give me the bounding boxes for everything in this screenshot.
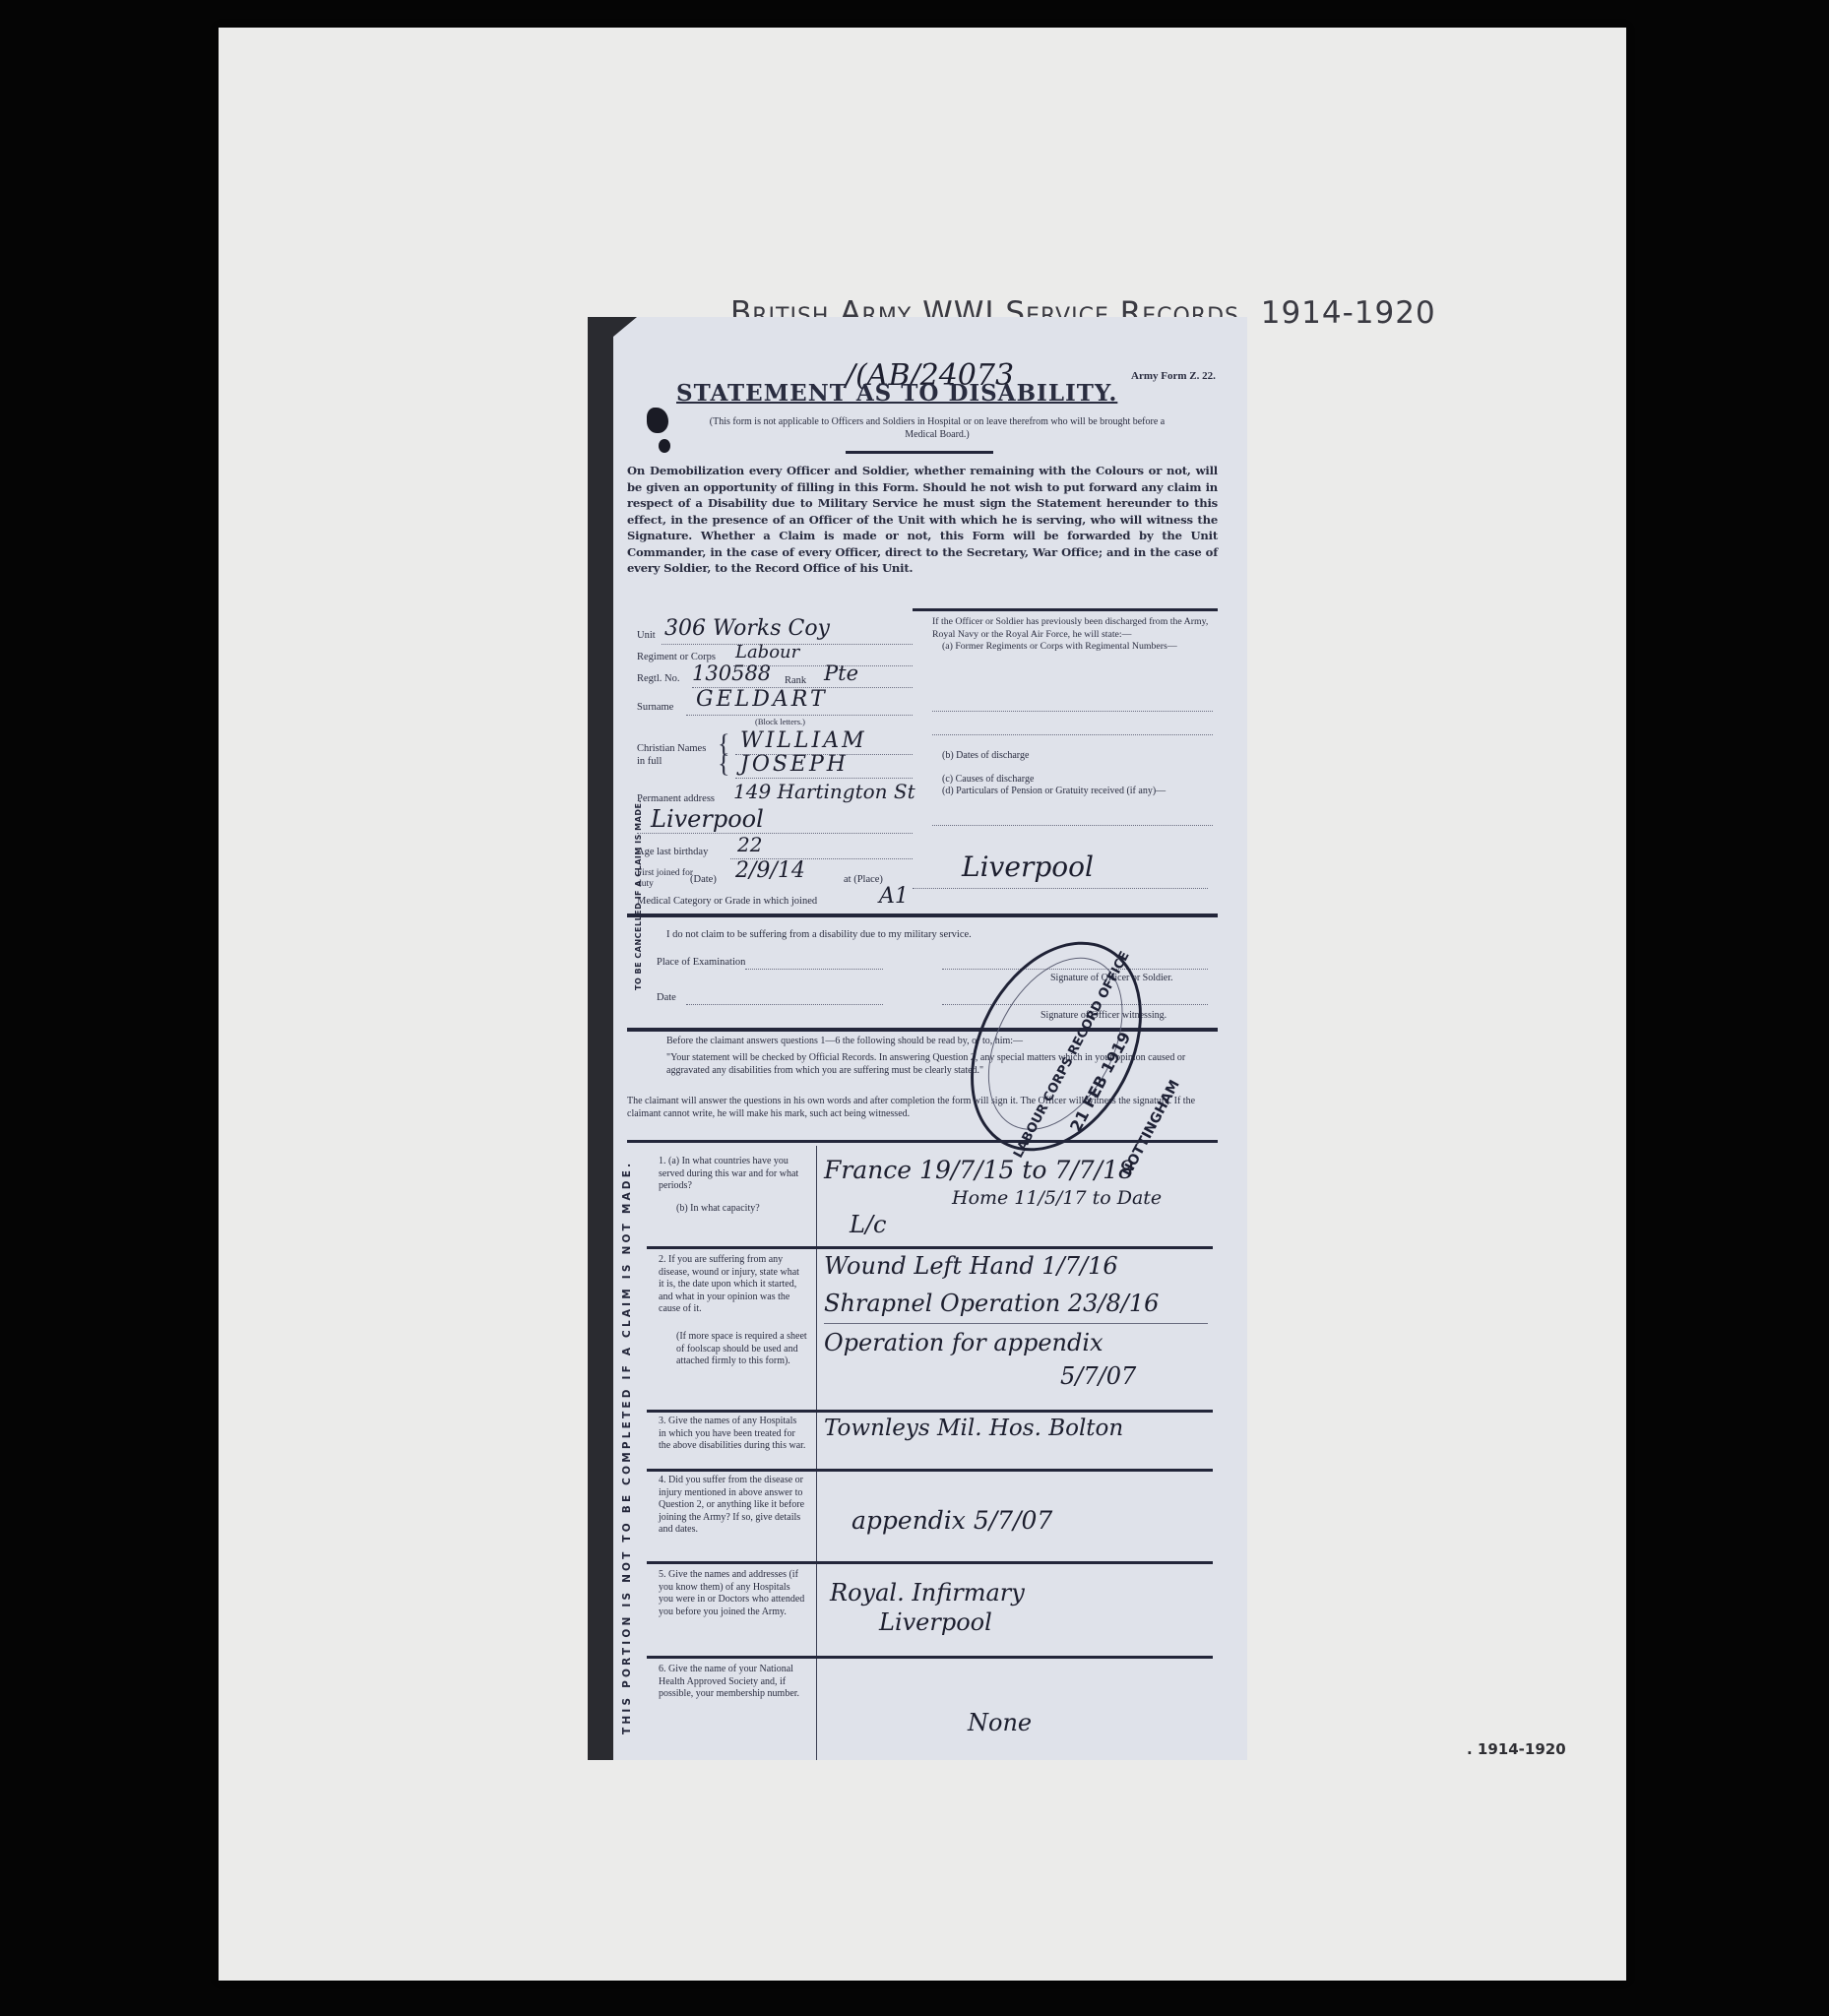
age-value: 22 [737, 833, 762, 856]
answer-2-line2: Shrapnel Operation 23/8/16 [824, 1290, 1159, 1317]
question-1: 1. (a) In what countries have you served… [659, 1156, 806, 1193]
discharge-line [932, 711, 1213, 712]
divider [627, 913, 1218, 917]
medical-value: A1 [879, 884, 909, 909]
instructions-intro: Before the claimant answers questions 1—… [666, 1036, 1023, 1046]
surname-value: GELDART [696, 687, 828, 712]
surname-note: (Block letters.) [755, 717, 805, 726]
discharge-line [932, 825, 1213, 826]
ink-blot [659, 439, 670, 453]
cancel-side-label: TO BE CANCELLED IF A CLAIM IS MADE. [634, 799, 643, 990]
first-joined-label: First joined for duty [637, 868, 696, 890]
surname-line [686, 715, 913, 716]
address-label: Permanent address [637, 793, 715, 804]
form-number: Army Form Z. 22. [1131, 370, 1216, 382]
column-divider [816, 1146, 817, 1760]
answer-5-line1: Royal. Infirmary [830, 1579, 1025, 1606]
examination-line [745, 969, 883, 970]
discharge-intro-text: If the Officer or Soldier has previously… [932, 616, 1213, 641]
date-label: (Date) [690, 874, 717, 885]
address-line1: 149 Hartington St [733, 780, 915, 803]
answer-2-line3: Operation for appendix [824, 1329, 1104, 1356]
instructions-claimant: The claimant will answer the questions i… [627, 1095, 1213, 1120]
place-line [913, 888, 1208, 889]
divider [846, 451, 993, 454]
first-joined-place: Liverpool [962, 850, 1094, 883]
regtl-no-label: Regtl. No. [637, 673, 679, 684]
place-of-examination-label: Place of Examination [657, 957, 745, 968]
discharge-item-d: (d) Particulars of Pension or Gratuity r… [942, 786, 1208, 797]
answer-1-capacity: L/c [850, 1211, 886, 1238]
no-claim-statement: I do not claim to be suffering from a di… [666, 929, 972, 940]
divider [647, 1410, 1213, 1413]
christian-names-label: Christian Names in full [637, 742, 716, 768]
age-label: Age last birthday [637, 847, 708, 857]
regiment-value: Labour [735, 642, 799, 662]
first-joined-date: 2/9/14 [735, 858, 805, 883]
ink-blot [647, 408, 668, 433]
name-line [735, 778, 913, 779]
discharge-item-c: (c) Causes of discharge [942, 774, 1034, 785]
answer-2-line4: 5/7/07 [1060, 1362, 1136, 1390]
regtl-no-value: 130588 [692, 661, 771, 685]
middle-name-value: JOSEPH [740, 752, 849, 777]
divider [627, 1140, 1218, 1143]
rank-value: Pte [824, 661, 858, 685]
divider [913, 608, 1218, 611]
scan-corner-shadow [613, 317, 637, 337]
answer-line [824, 1323, 1208, 1324]
discharge-line [932, 734, 1213, 735]
rank-label: Rank [785, 675, 806, 686]
answer-5-line2: Liverpool [879, 1608, 992, 1636]
address-line2: Liverpool [651, 805, 764, 833]
question-5: 5. Give the names and addresses (if you … [659, 1569, 806, 1618]
discharge-item-a: (a) Former Regiments or Corps with Regim… [932, 641, 1213, 654]
date-label-no-claim: Date [657, 992, 676, 1003]
answer-1-line1: France 19/7/15 to 7/7/18 [824, 1156, 1134, 1184]
answer-4: appendix 5/7/07 [851, 1506, 1052, 1535]
question-6: 6. Give the name of your National Health… [659, 1664, 806, 1701]
answer-3: Townleys Mil. Hos. Bolton [824, 1416, 1123, 1441]
intro-paragraph: On Demobilization every Officer and Sold… [627, 463, 1218, 577]
first-name-value: WILLIAM [740, 728, 867, 753]
address-line [637, 833, 913, 834]
surname-label: Surname [637, 702, 673, 713]
claim-side-label: THIS PORTION IS NOT TO BE COMPLETED IF A… [621, 1161, 633, 1734]
name-line [735, 754, 913, 755]
discharge-item-b: (b) Dates of discharge [942, 750, 1029, 761]
divider [647, 1561, 1213, 1564]
divider [647, 1246, 1213, 1249]
form-subnote: (This form is not applicable to Officers… [706, 415, 1168, 441]
question-1b: (b) In what capacity? [676, 1203, 814, 1216]
divider [647, 1469, 1213, 1472]
answer-6: None [968, 1709, 1032, 1736]
medical-label: Medical Category or Grade in which joine… [637, 896, 817, 907]
answer-2-line1: Wound Left Hand 1/7/16 [824, 1252, 1118, 1280]
scan-dark-edge [588, 317, 613, 1760]
source-info-years: . 1914-1920 [1467, 1740, 1566, 1758]
place-label: at (Place) [844, 874, 883, 885]
question-3: 3. Give the names of any Hospitals in wh… [659, 1416, 806, 1453]
date-line [686, 1004, 883, 1005]
unit-label: Unit [637, 630, 656, 641]
unit-value: 306 Works Coy [664, 616, 830, 641]
divider [647, 1656, 1213, 1659]
question-2-note: (If more space is required a sheet of fo… [676, 1331, 809, 1368]
scanned-form: /(AB/24073 Army Form Z. 22. STATEMENT AS… [588, 317, 1247, 1760]
previous-discharge-intro: If the Officer or Soldier has previously… [932, 616, 1213, 654]
question-4: 4. Did you suffer from the disease or in… [659, 1475, 806, 1537]
question-2: 2. If you are suffering from any disease… [659, 1254, 806, 1316]
form-heading: STATEMENT AS TO DISABILITY. [676, 380, 1117, 407]
brace: {{ [718, 734, 729, 774]
answer-1-line2: Home 11/5/17 to Date [952, 1187, 1162, 1209]
